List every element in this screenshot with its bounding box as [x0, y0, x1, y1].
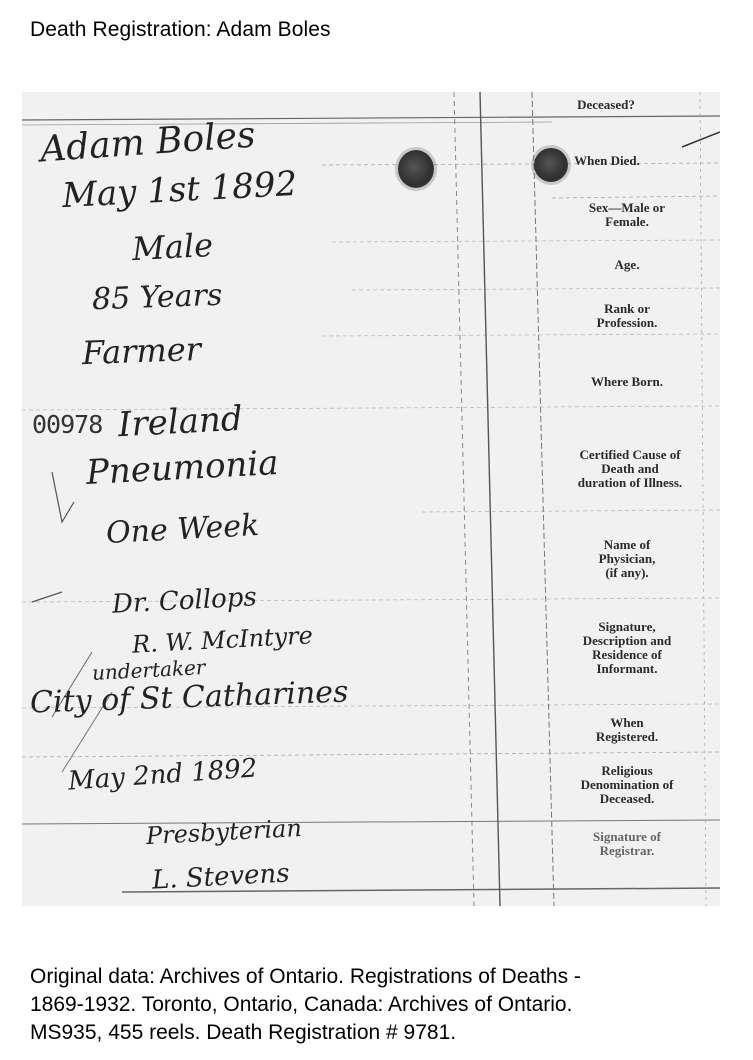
label-rank-profession: Rank or Profession.: [562, 302, 692, 330]
label-religious-denomination: Religious Denomination of Deceased.: [552, 764, 702, 806]
label-cause-of-death: Certified Cause of Death and duration of…: [550, 448, 710, 490]
label-registrar-signature: Signature of Registrar.: [562, 830, 692, 858]
entry-profession: Farmer: [81, 330, 201, 372]
citation-line-1: Original data: Archives of Ontario. Regi…: [30, 963, 730, 991]
citation-line-3: MS935, 455 reels. Death Registration # 9…: [30, 1019, 730, 1047]
label-deceased: Deceased?: [566, 98, 646, 112]
label-when-registered: When Registered.: [562, 716, 692, 744]
entry-where-born: Ireland: [117, 399, 244, 445]
label-physician: Name of Physician, (if any).: [562, 538, 692, 580]
citation-line-2: 1869-1932. Toronto, Ontario, Canada: Arc…: [30, 991, 730, 1019]
scanned-death-registration: 00978 Adam Boles May 1st 1892 Male 85 Ye…: [22, 92, 720, 906]
entry-age: 85 Years: [91, 278, 222, 318]
label-where-born: Where Born.: [562, 375, 692, 389]
page-title: Death Registration: Adam Boles: [30, 18, 331, 42]
label-informant: Signature, Description and Residence of …: [552, 620, 702, 676]
entry-sex: Male: [131, 226, 214, 268]
label-age: Age.: [562, 258, 692, 272]
label-sex: Sex—Male or Female.: [562, 201, 692, 229]
source-citation: Original data: Archives of Ontario. Regi…: [30, 963, 730, 1047]
label-when-died: When Died.: [562, 154, 652, 168]
wax-seal-left: [398, 150, 434, 188]
registration-number-stamp: 00978: [32, 410, 102, 439]
